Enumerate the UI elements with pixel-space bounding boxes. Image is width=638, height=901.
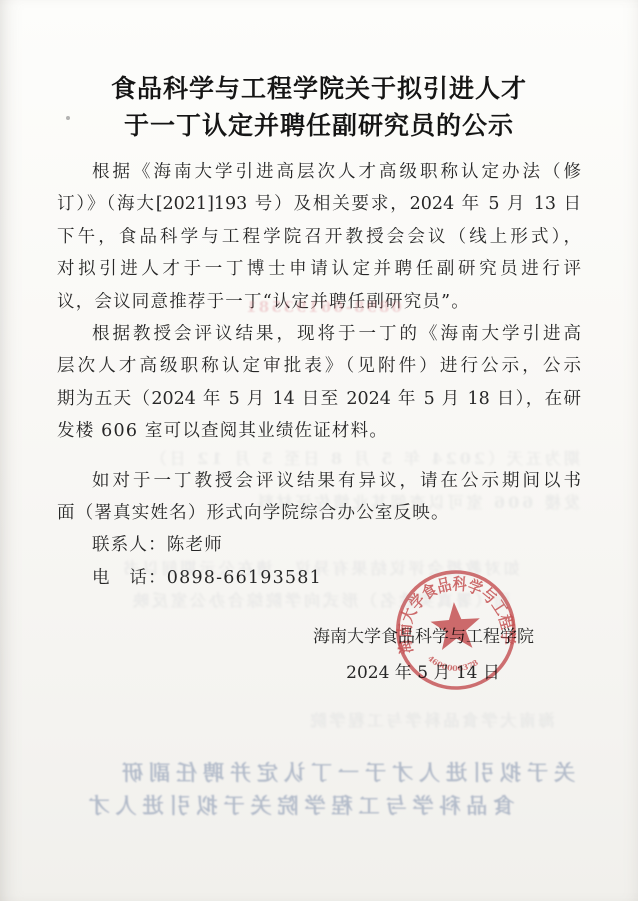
seal-star-icon (429, 600, 482, 650)
bleed-through-title-text: 关于拟引进人才于一丁认定并聘任副研 (132, 757, 575, 787)
body-line: 订）》（海大[2021]193 号）及相关要求，2024 年 5 月 13 日 (57, 188, 581, 220)
body-line: 发楼 606 室可以查阅其业绩佐证材料。 (57, 415, 581, 447)
seal-serial-holder: 4600006378 (426, 650, 481, 675)
body-line: 如对于一丁教授会评议结果有异议，请在公示期间以书 (57, 465, 581, 497)
scanned-document-page: 食品科学与工程学院关于拟引进人才 于一丁认定并聘任副研究员的公示 根据《海南大学… (0, 0, 638, 901)
title-line-2: 于一丁认定并聘任副研究员的公示 (57, 107, 581, 144)
scan-speck-artifact (66, 116, 70, 120)
body-line: 根据教授会评议结果，现将于一丁的《海南大学引进高 (57, 318, 581, 350)
document-content: 食品科学与工程学院关于拟引进人才 于一丁认定并聘任副研究员的公示 根据《海南大学… (57, 0, 581, 594)
body-line: 对拟引进人才于一丁博士申请认定并聘任副研究员进行评 (57, 253, 581, 285)
body-line: 层次人才高级职称认定审批表》（见附件）进行公示，公示 (57, 350, 581, 382)
body-line: 期为五天（2024 年 5 月 14 日至 2024 年 5 月 18 日），在… (57, 383, 581, 415)
seal-serial-number: 4600006378 (426, 650, 481, 675)
body-line: 面（署真实姓名）形式向学院综合办公室反映。 (57, 497, 581, 529)
official-red-seal: 海南大学食品科学与工程学院 4600006378 (371, 547, 542, 718)
title-line-1: 食品科学与工程学院关于拟引进人才 (57, 70, 581, 107)
body-line: 下午，食品科学与工程学院召开教授会会议（线上形式）， (57, 221, 581, 253)
document-title: 食品科学与工程学院关于拟引进人才 于一丁认定并聘任副研究员的公示 (57, 70, 581, 144)
document-body: 根据《海南大学引进高层次人才高级职称认定办法（修 订）》（海大[2021]193… (57, 156, 581, 594)
bleed-through-title-text: 食品科学与工程学院关于拟引进人才 (82, 790, 515, 820)
body-line: 议，会议同意推荐于一丁“认定并聘任副研究员”。 (57, 286, 581, 318)
body-line: 根据《海南大学引进高层次人才高级职称认定办法（修 (57, 156, 581, 188)
